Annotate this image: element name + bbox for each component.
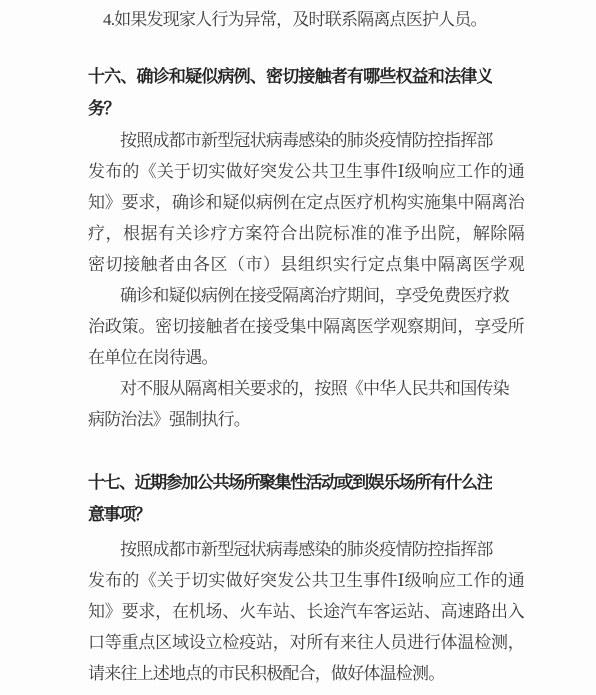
heading-line: 意事项？ (88, 499, 492, 531)
text-line: 按照成都市新型冠状病毒感染的肺炎疫情防控指挥部 (88, 534, 524, 565)
paragraph-free-medical-care: 确诊和疑似病例在接受隔离治疗期间，享受免费医疗救 治政策。密切接触者在接受集中隔… (88, 280, 524, 373)
section-17-heading: 十七、近期参加公共场所聚集性活动或到娱乐场所有什么注 意事项？ (88, 467, 492, 531)
text-line: 发布的《关于切实做好突发公共卫生事件Ⅰ级响应工作的通 (88, 565, 524, 596)
document-content: 4.如果发现家人行为异常，及时联系隔离点医护人员。 十六、确诊和疑似病例、密切接… (88, 4, 524, 689)
text-line: 发布的《关于切实做好突发公共卫生事件Ⅰ级响应工作的通 (88, 156, 524, 187)
document-page: 4.如果发现家人行为异常，及时联系隔离点医护人员。 十六、确诊和疑似病例、密切接… (0, 0, 596, 695)
text-line: 对不服从隔离相关要求的，按照《中华人民共和国传染 (88, 373, 524, 404)
paragraph-enforcement: 对不服从隔离相关要求的，按照《中华人民共和国传染 病防治法》强制执行。 (88, 373, 524, 435)
paragraph-temperature-checks: 按照成都市新型冠状病毒感染的肺炎疫情防控指挥部 发布的《关于切实做好突发公共卫生… (88, 534, 524, 689)
text-line: 知》要求，确诊和疑似病例在定点医疗机构实施集中隔离治 (88, 187, 524, 218)
text-line: 在单位在岗待遇。 (88, 342, 524, 373)
text-line: 确诊和疑似病例在接受隔离治疗期间，享受免费医疗救 (88, 280, 524, 311)
paragraph-quarantine-treatment: 按照成都市新型冠状病毒感染的肺炎疫情防控指挥部 发布的《关于切实做好突发公共卫生… (88, 125, 524, 280)
text-line: 病防治法》强制执行。 (88, 404, 524, 435)
text-line: 请来往上述地点的市民积极配合，做好体温检测。 (88, 658, 524, 689)
text-line: 疗，根据有关诊疗方案符合出院标准的准予出院，解除隔离。 (88, 218, 524, 249)
section-16-heading: 十六、确诊和疑似病例、密切接触者有哪些权益和法律义 务？ (88, 61, 492, 125)
text-line: 知》要求，在机场、火车站、长途汽车客运站、高速路出入 (88, 596, 524, 627)
text-line: 按照成都市新型冠状病毒感染的肺炎疫情防控指挥部 (88, 125, 524, 156)
text-line: 密切接触者由各区（市）县组织实行定点集中隔离医学观察。 (88, 249, 524, 280)
text-line: 口等重点区域设立检疫站，对所有来往人员进行体温检测， (88, 627, 524, 658)
text-line: 4.如果发现家人行为异常，及时联系隔离点医护人员。 (88, 4, 524, 35)
text-line: 治政策。密切接触者在接受集中隔离医学观察期间，享受所 (88, 311, 524, 342)
numbered-item-4: 4.如果发现家人行为异常，及时联系隔离点医护人员。 (88, 4, 524, 35)
heading-line: 务？ (88, 93, 492, 125)
heading-line: 十六、确诊和疑似病例、密切接触者有哪些权益和法律义 (88, 61, 492, 93)
heading-line: 十七、近期参加公共场所聚集性活动或到娱乐场所有什么注 (88, 467, 492, 499)
